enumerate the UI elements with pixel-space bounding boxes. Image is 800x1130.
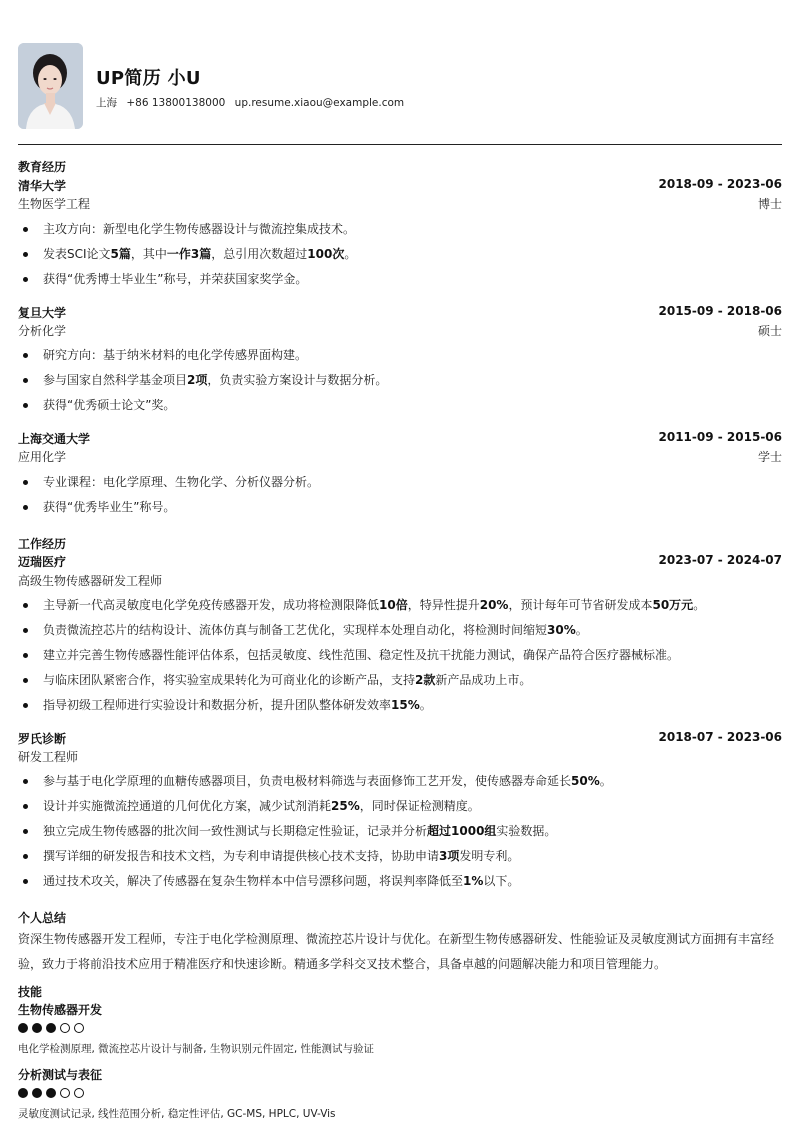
empty-dot-icon [60,1088,70,1098]
position: 研发工程师 [18,748,78,765]
edu-bullets: 研究方向：基于纳米材料的电化学传感界面构建。参与国家自然科学基金项目2项，负责实… [18,348,782,423]
bullet-item: 设计并实施微流控通道的几何优化方案，减少试剂消耗25%，同时保证检测精度。 [18,799,782,824]
bullet-item: 获得“优秀硕士论文”奖。 [18,398,782,423]
company-name: 迈瑞医疗 [18,553,66,570]
school-name: 清华大学 [18,177,66,194]
degree: 硕士 [758,322,782,339]
filled-dot-icon [18,1088,28,1098]
header-divider [18,144,782,145]
bullet-item: 与临床团队紧密合作，将实验室成果转化为可商业化的诊断产品，支持2款新产品成功上市… [18,673,782,698]
position: 高级生物传感器研发工程师 [18,572,162,589]
resume-header: UP简历 小U 上海 +86 13800138000 up.resume.xia… [18,43,782,129]
bullet-item: 获得“优秀博士毕业生”称号，并荣获国家奖学金。 [18,272,782,297]
portrait-icon [18,43,83,129]
bullet-item: 指导初级工程师进行实验设计和数据分析，提升团队整体研发效率15%。 [18,698,782,723]
phone: +86 13800138000 [126,97,225,109]
empty-dot-icon [74,1088,84,1098]
work-date: 2023-07 - 2024-07 [659,553,783,567]
section-title-skills: 技能 [18,983,42,1000]
bullet-item: 负责微流控芯片的结构设计、流体仿真与制备工艺优化，实现样本处理自动化，将检测时间… [18,623,782,648]
email[interactable]: up.resume.xiaou@example.com [235,97,404,109]
bullet-item: 独立完成生物传感器的批次间一致性测试与长期稳定性验证，记录并分析超过1000组实… [18,824,782,849]
section-title-summary: 个人总结 [18,909,66,926]
bullet-item: 参与国家自然科学基金项目2项，负责实验方案设计与数据分析。 [18,373,782,398]
bullet-item: 通过技术攻关，解决了传感器在复杂生物样本中信号漂移问题，将误判率降低至1%以下。 [18,874,782,899]
filled-dot-icon [46,1088,56,1098]
candidate-name: UP简历 小U [96,64,201,90]
bullet-item: 参与基于电化学原理的血糖传感器项目，负责电极材料筛选与表面修饰工艺开发，使传感器… [18,774,782,799]
major: 生物医学工程 [18,195,90,212]
degree: 学士 [758,448,782,465]
section-title-work: 工作经历 [18,535,66,552]
work-bullets: 主导新一代高灵敏度电化学免疫传感器开发，成功将检测限降低10倍，特异性提升20%… [18,598,782,723]
bullet-item: 撰写详细的研发报告和技术文档，为专利申请提供核心技术支持，协助申请3项发明专利。 [18,849,782,874]
profile-photo [18,43,83,129]
bullet-item: 获得“优秀毕业生”称号。 [18,500,782,525]
section-title-education: 教育经历 [18,158,66,175]
edu-date: 2015-09 - 2018-06 [659,304,783,318]
school-name: 上海交通大学 [18,430,90,447]
skill-level-rating [18,1023,84,1033]
work-bullets: 参与基于电化学原理的血糖传感器项目，负责电极材料筛选与表面修饰工艺开发，使传感器… [18,774,782,899]
bullet-item: 发表SCI论文5篇，其中一作3篇，总引用次数超过100次。 [18,247,782,272]
location: 上海 [96,97,117,109]
filled-dot-icon [18,1023,28,1033]
contact-info: 上海 +86 13800138000 up.resume.xiaou@examp… [96,95,410,110]
bullet-item: 专业课程：电化学原理、生物化学、分析仪器分析。 [18,475,782,500]
bullet-item: 建立并完善生物传感器性能评估体系，包括灵敏度、线性范围、稳定性及抗干扰能力测试，… [18,648,782,673]
filled-dot-icon [46,1023,56,1033]
filled-dot-icon [32,1023,42,1033]
company-name: 罗氏诊断 [18,730,66,747]
edu-date: 2011-09 - 2015-06 [659,430,783,444]
bullet-item: 主导新一代高灵敏度电化学免疫传感器开发，成功将检测限降低10倍，特异性提升20%… [18,598,782,623]
school-name: 复旦大学 [18,304,66,321]
filled-dot-icon [32,1088,42,1098]
skill-description: 灵敏度测试记录, 线性范围分析, 稳定性评估, GC-MS, HPLC, UV-… [18,1106,336,1121]
bullet-item: 研究方向：基于纳米材料的电化学传感界面构建。 [18,348,782,373]
edu-date: 2018-09 - 2023-06 [659,177,783,191]
skill-level-rating [18,1088,84,1098]
edu-bullets: 主攻方向：新型电化学生物传感器设计与微流控集成技术。发表SCI论文5篇，其中一作… [18,222,782,297]
skill-name: 分析测试与表征 [18,1066,102,1083]
edu-bullets: 专业课程：电化学原理、生物化学、分析仪器分析。获得“优秀毕业生”称号。 [18,475,782,525]
major: 分析化学 [18,322,66,339]
work-date: 2018-07 - 2023-06 [659,730,783,744]
summary-text: 资深生物传感器开发工程师，专注于电化学检测原理、微流控芯片设计与优化。在新型生物… [18,927,782,977]
degree: 博士 [758,195,782,212]
skill-description: 电化学检测原理, 微流控芯片设计与制备, 生物识别元件固定, 性能测试与验证 [18,1041,374,1056]
skill-name: 生物传感器开发 [18,1001,102,1018]
empty-dot-icon [60,1023,70,1033]
major: 应用化学 [18,448,66,465]
empty-dot-icon [74,1023,84,1033]
bullet-item: 主攻方向：新型电化学生物传感器设计与微流控集成技术。 [18,222,782,247]
